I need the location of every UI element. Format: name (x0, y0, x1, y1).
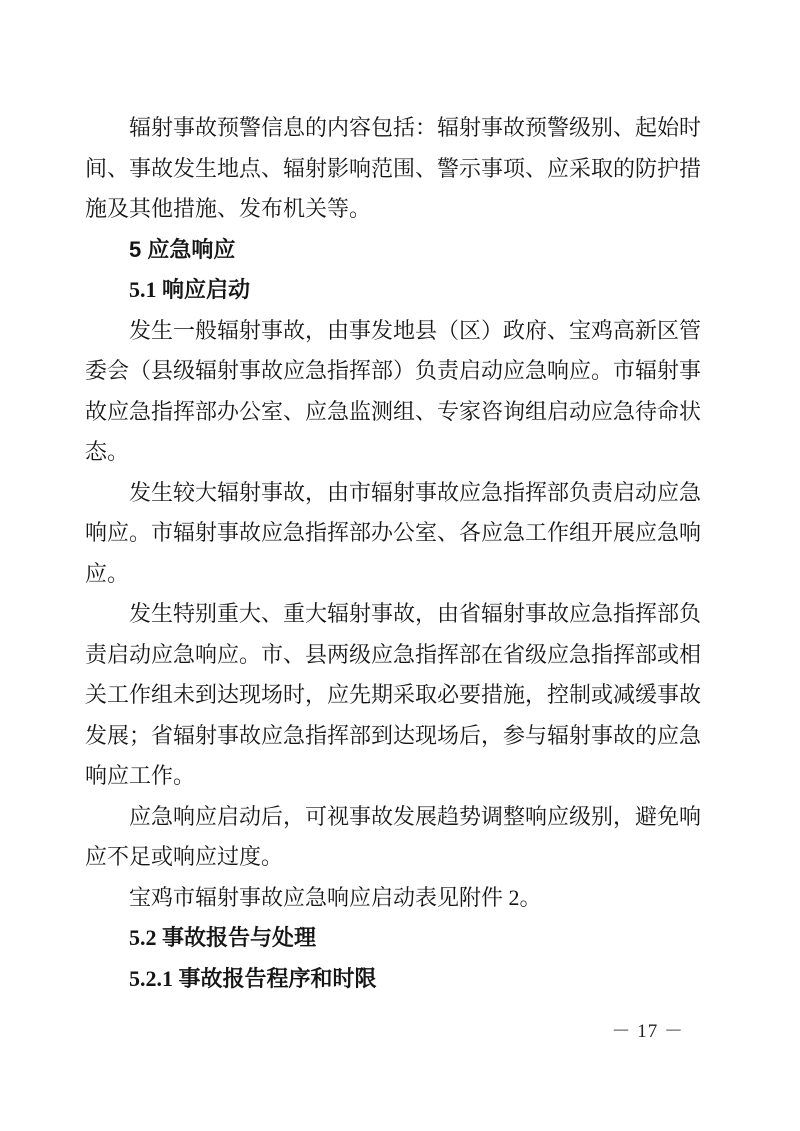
paragraph-response-level-adjustment: 应急响应启动后，可视事故发展趋势调整响应级别，避免响应不足或响应过度。 (85, 797, 701, 878)
paragraph-attachment-reference: 宝鸡市辐射事故应急响应启动表见附件 2。 (85, 878, 701, 919)
subsection-heading-5-2-accident-report-handling: 5.2 事故报告与处理 (85, 918, 701, 959)
subsection-heading-5-2-1-report-procedure-time-limit: 5.2.1 事故报告程序和时限 (85, 959, 701, 1000)
document-body: 辐射事故预警信息的内容包括：辐射事故预警级别、起始时间、事故发生地点、辐射影响范… (85, 108, 701, 999)
subsection-heading-5-1-response-activation: 5.1 响应启动 (85, 270, 701, 311)
paragraph-major-accident-response: 发生较大辐射事故，由市辐射事故应急指挥部负责启动应急响应。市辐射事故应急指挥部办… (85, 473, 701, 595)
paragraph-general-accident-response: 发生一般辐射事故，由事发地县（区）政府、宝鸡高新区管委会（县级辐射事故应急指挥部… (85, 311, 701, 473)
document-page: 辐射事故预警信息的内容包括：辐射事故预警级别、起始时间、事故发生地点、辐射影响范… (0, 0, 800, 1131)
section-heading-5-emergency-response: 5 应急响应 (85, 230, 701, 271)
paragraph-warning-info-content: 辐射事故预警信息的内容包括：辐射事故预警级别、起始时间、事故发生地点、辐射影响范… (85, 108, 701, 230)
page-number: － 17 － (611, 1021, 684, 1043)
paragraph-severe-accident-response: 发生特别重大、重大辐射事故，由省辐射事故应急指挥部负责启动应急响应。市、县两级应… (85, 594, 701, 797)
